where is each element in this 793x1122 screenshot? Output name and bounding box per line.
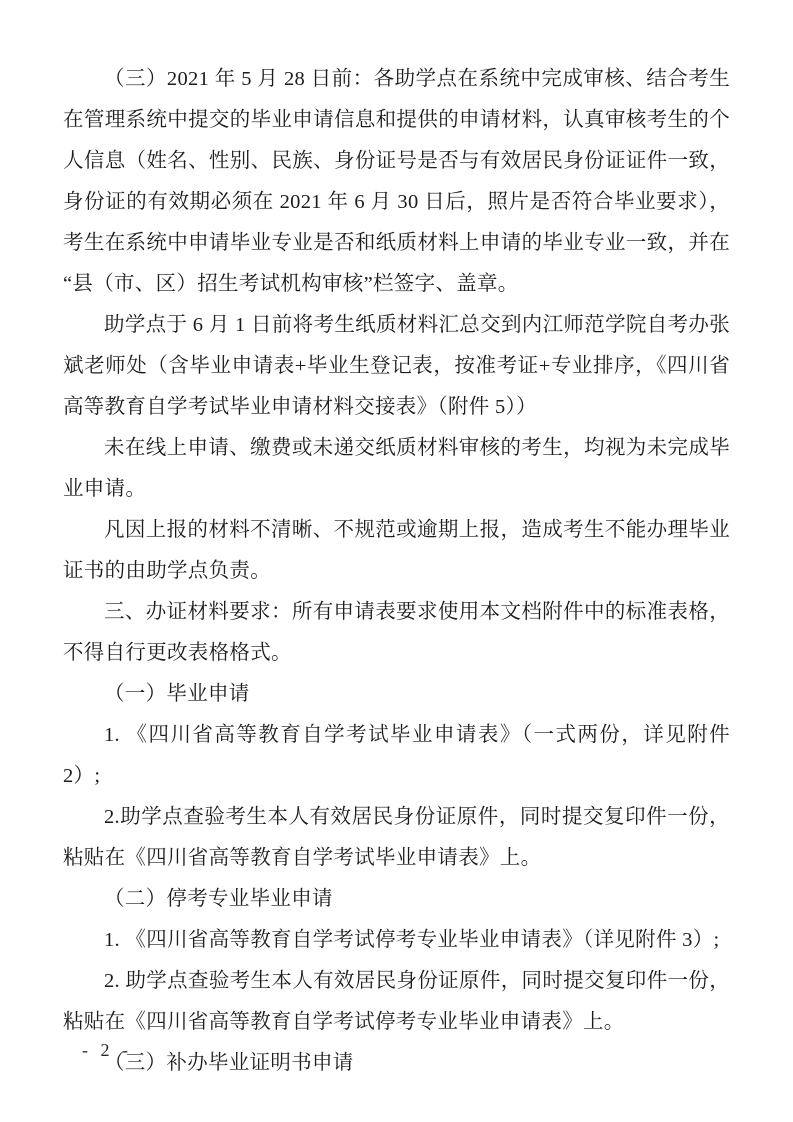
document-body: （三）2021 年 5 月 28 日前：各助学点在系统中完成审核、结合考生在管理… <box>63 59 730 1084</box>
page-number: - 2 - <box>82 1038 132 1062</box>
paragraph: 三、办证材料要求：所有申请表要求使用本文档附件中的标准表格，不得自行更改表格格式… <box>63 592 730 674</box>
paragraph: 未在线上申请、缴费或未递交纸质材料审核的考生，均视为未完成毕业申请。 <box>63 428 730 510</box>
paragraph: （三）2021 年 5 月 28 日前：各助学点在系统中完成审核、结合考生在管理… <box>63 59 730 305</box>
paragraph-list-item: 1. 《四川省高等教育自学考试停考专业毕业申请表》（详见附件 3）; <box>63 920 730 961</box>
paragraph: 凡因上报的材料不清晰、不规范或逾期上报，造成考生不能办理毕业证书的由助学点负责。 <box>63 510 730 592</box>
paragraph-section-heading: （二）停考专业毕业申请 <box>63 879 730 920</box>
paragraph-list-item: 2.助学点查验考生本人有效居民身份证原件，同时提交复印件一份，粘贴在《四川省高等… <box>63 797 730 879</box>
document-page: （三）2021 年 5 月 28 日前：各助学点在系统中完成审核、结合考生在管理… <box>0 0 793 1122</box>
paragraph-section-heading: （三）补办毕业证明书申请 <box>63 1043 730 1084</box>
paragraph-section-heading: （一）毕业申请 <box>63 674 730 715</box>
paragraph-list-item: 1. 《四川省高等教育自学考试毕业申请表》（一式两份，详见附件 2）; <box>63 715 730 797</box>
paragraph: 助学点于 6 月 1 日前将考生纸质材料汇总交到内江师范学院自考办张斌老师处（含… <box>63 305 730 428</box>
paragraph-list-item: 2. 助学点查验考生本人有效居民身份证原件，同时提交复印件一份，粘贴在《四川省高… <box>63 961 730 1043</box>
